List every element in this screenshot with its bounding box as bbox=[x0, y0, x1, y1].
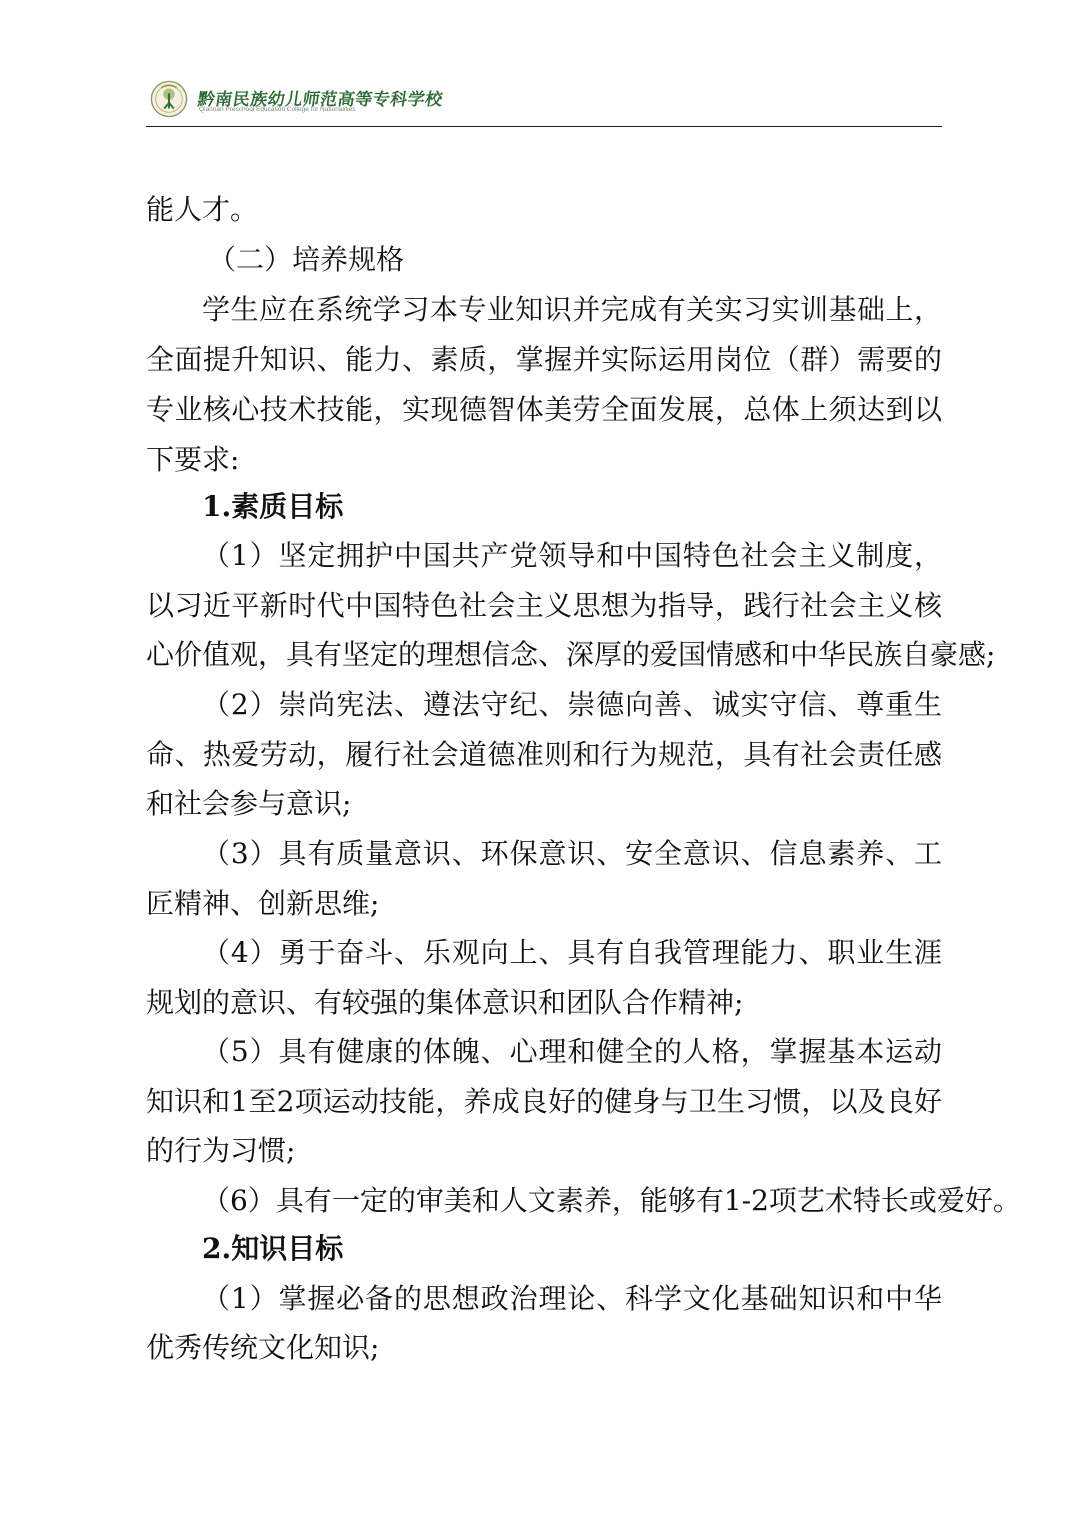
list-item-line: （5）具有健康的体魄、心理和健全的人格，掌握基本运动 bbox=[202, 1032, 942, 1072]
list-item-line: 规划的意识、有较强的集体意识和团队合作精神; bbox=[146, 983, 743, 1023]
list-item-line: （1）掌握必备的思想政治理论、科学文化基础知识和中华 bbox=[202, 1279, 942, 1319]
school-name-en: Qiannan Preschool Education College for … bbox=[199, 106, 355, 113]
list-item-line: 知识和1至2项运动技能，养成良好的健身与卫生习惯，以及良好 bbox=[146, 1082, 942, 1122]
list-item-line: 的行为习惯; bbox=[146, 1131, 295, 1171]
list-item-line: 以习近平新时代中国特色社会主义思想为指导，践行社会主义核 bbox=[146, 586, 942, 626]
list-item-line: （1）坚定拥护中国共产党领导和中国特色社会主义制度， bbox=[202, 536, 942, 576]
list-item-line: （3）具有质量意识、环保意识、安全意识、信息素养、工 bbox=[202, 834, 942, 874]
text-line: 能人才。 bbox=[146, 190, 258, 230]
subsection-heading: 1.素质目标 bbox=[202, 487, 343, 527]
list-item-line: （2）崇尚宪法、遵法守纪、崇德向善、诚实守信、尊重生 bbox=[202, 685, 942, 725]
list-item-line: 优秀传统文化知识; bbox=[146, 1328, 379, 1368]
list-item-line: 命、热爱劳动，履行社会道德准则和行为规范，具有社会责任感 bbox=[146, 735, 942, 775]
section-heading: （二）培养规格 bbox=[208, 240, 404, 280]
paragraph-line: 专业核心技术技能，实现德智体美劳全面发展，总体上须达到以 bbox=[146, 390, 942, 430]
list-item-line: 心价值观，具有坚定的理想信念、深厚的爱国情感和中华民族自豪感; bbox=[146, 635, 942, 675]
paragraph-line: 下要求: bbox=[146, 440, 239, 480]
school-emblem-icon bbox=[150, 80, 188, 118]
list-item-line: 匠精神、创新思维; bbox=[146, 884, 379, 924]
page-header: 黔南民族幼儿师范高等专科学校 Qiannan Preschool Educati… bbox=[146, 76, 942, 127]
list-item-line: 和社会参与意识; bbox=[146, 784, 351, 824]
paragraph-line: 学生应在系统学习本专业知识并完成有关实习实训基础上， bbox=[202, 290, 942, 330]
list-item-line: （4）勇于奋斗、乐观向上、具有自我管理能力、职业生涯 bbox=[202, 933, 942, 973]
subsection-heading: 2.知识目标 bbox=[202, 1229, 343, 1269]
list-item-line: （6）具有一定的审美和人文素养，能够有1-2项艺术特长或爱好。 bbox=[202, 1181, 942, 1221]
paragraph-line: 全面提升知识、能力、素质，掌握并实际运用岗位（群）需要的 bbox=[146, 340, 942, 380]
